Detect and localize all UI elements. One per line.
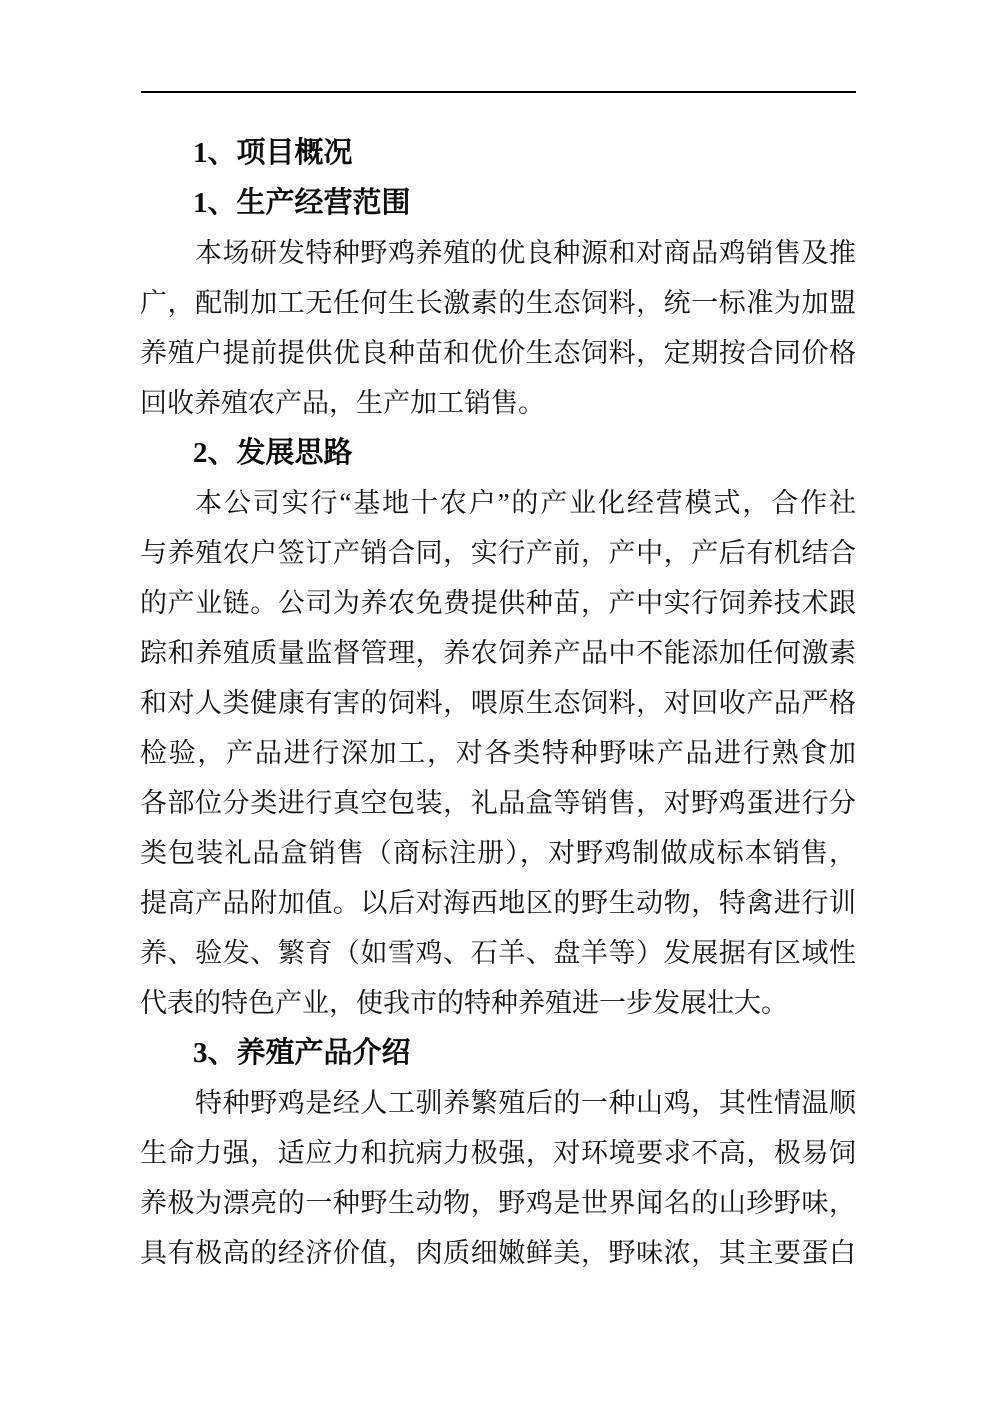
- heading-production-scope: 1、生产经营范围: [140, 178, 856, 228]
- paragraph-line: 踪和养殖质量监督管理，养农饲养产品中不能添加任何激素: [140, 628, 856, 678]
- paragraph-line: 检验，产品进行深加工，对各类特种野味产品进行熟食加工，: [140, 728, 856, 778]
- heading-project-overview: 1、项目概况: [140, 128, 856, 178]
- heading-development-ideas: 2、发展思路: [140, 428, 856, 478]
- paragraph-line: 养殖户提前提供优良种苗和优价生态饲料，定期按合同价格: [140, 328, 856, 378]
- paragraph-line: 特种野鸡是经人工驯养繁殖后的一种山鸡，其性情温顺: [140, 1078, 856, 1128]
- paragraph-line: 与养殖农户签订产销合同，实行产前，产中，产后有机结合: [140, 528, 856, 578]
- paragraph-line: 广，配制加工无任何生长激素的生态饲料，统一标准为加盟: [140, 278, 856, 328]
- paragraph-line: 各部位分类进行真空包装，礼品盒等销售，对野鸡蛋进行分: [140, 778, 856, 828]
- paragraph-line: 类包装礼品盒销售（商标注册），对野鸡制做成标本销售，: [140, 828, 856, 878]
- heading-breeding-product-introduction: 3、养殖产品介绍: [140, 1028, 856, 1078]
- paragraph-line: 代表的特色产业，使我市的特种养殖进一步发展壮大。: [140, 978, 856, 1028]
- paragraph-line: 提高产品附加值。以后对海西地区的野生动物，特禽进行训: [140, 878, 856, 928]
- paragraph-line: 回收养殖农产品，生产加工销售。: [140, 378, 856, 428]
- document-content: 1、项目概况 1、生产经营范围 本场研发特种野鸡养殖的优良种源和对商品鸡销售及推…: [140, 128, 856, 1278]
- paragraph-line: 本场研发特种野鸡养殖的优良种源和对商品鸡销售及推: [140, 228, 856, 278]
- paragraph-line: 养、验发、繁育（如雪鸡、石羊、盘羊等）发展据有区域性: [140, 928, 856, 978]
- paragraph-line: 生命力强，适应力和抗病力极强，对环境要求不高，极易饲: [140, 1128, 856, 1178]
- paragraph-line: 本公司实行“基地十农户”的产业化经营模式，合作社: [140, 478, 856, 528]
- paragraph-line: 养极为漂亮的一种野生动物，野鸡是世界闻名的山珍野味，: [140, 1178, 856, 1228]
- paragraph-line: 的产业链。公司为养农免费提供种苗，产中实行饲养技术跟: [140, 578, 856, 628]
- header-divider-rule: [141, 91, 856, 93]
- paragraph-line: 和对人类健康有害的饲料，喂原生态饲料，对回收产品严格: [140, 678, 856, 728]
- paragraph-line: 具有极高的经济价值，肉质细嫩鲜美，野味浓，其主要蛋白: [140, 1228, 856, 1278]
